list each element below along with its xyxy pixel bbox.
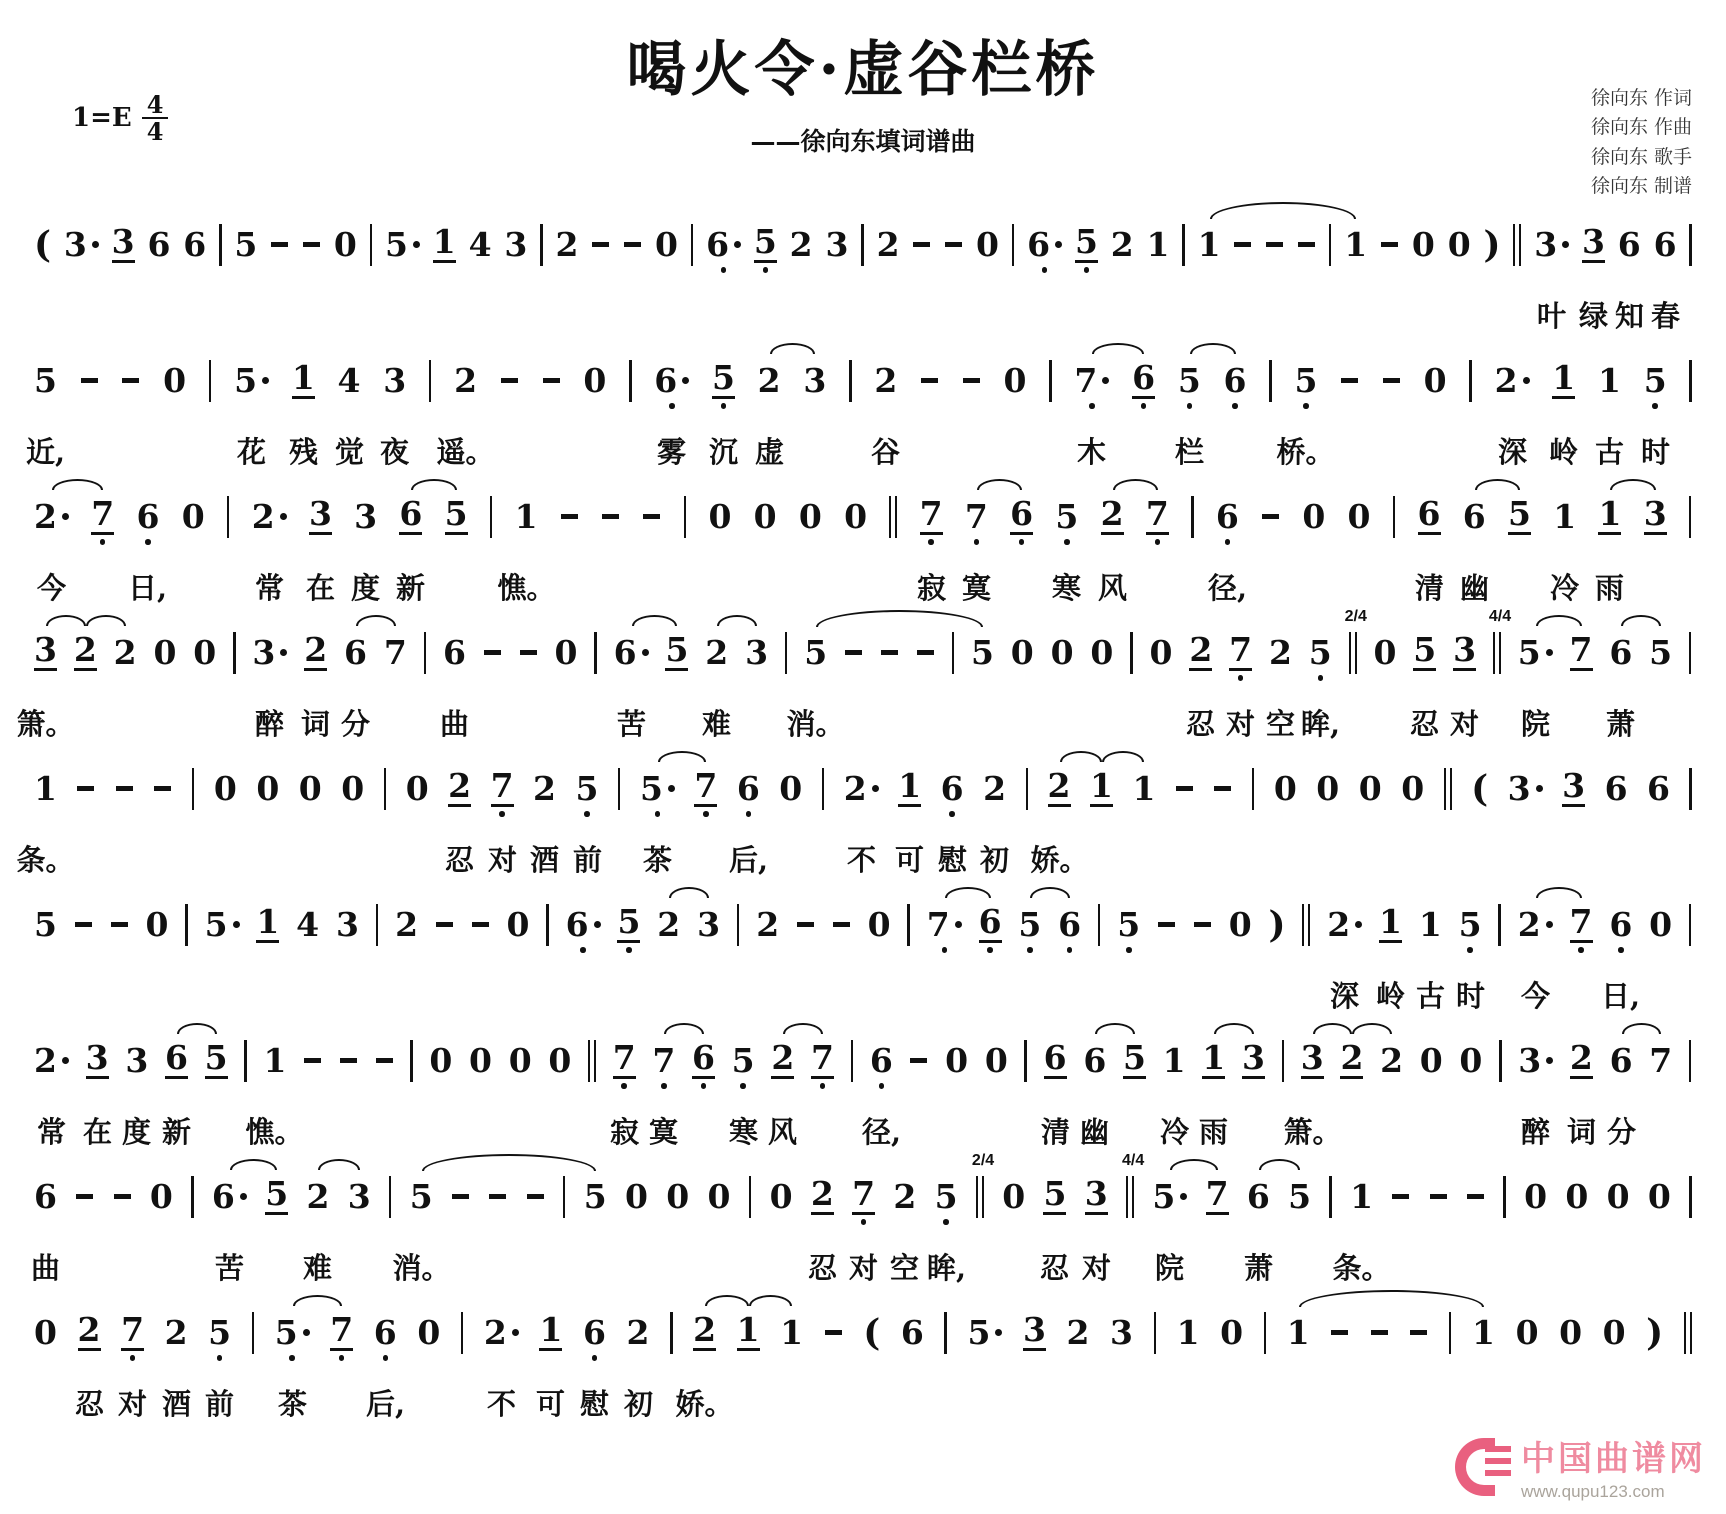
note: 6: [1610, 1040, 1633, 1096]
lyric-syllable: 忍: [1040, 1246, 1069, 1287]
rest-note: 0: [1412, 224, 1435, 280]
lyric-syllable: 雨: [1199, 1110, 1228, 1151]
lyric-syllable: 常: [37, 1110, 66, 1151]
barline: [749, 1176, 752, 1218]
duration-dash: [270, 224, 289, 280]
barline: [185, 904, 188, 946]
lyric-syllable: 分: [341, 702, 370, 743]
double-barline: [1684, 1312, 1692, 1354]
site-logo: 中国曲谱网 www.qupu123.com: [1455, 1431, 1706, 1502]
note: 3: [1242, 1040, 1265, 1096]
note: 6: [614, 632, 649, 688]
note: 2: [74, 632, 97, 688]
barline: [1264, 1312, 1267, 1354]
barline: [684, 496, 687, 538]
rest-note: 0: [1220, 1312, 1243, 1368]
rest-note: 0: [150, 1176, 173, 1232]
barline: [1689, 768, 1692, 810]
duration-dash: [824, 1312, 843, 1368]
barline: [219, 224, 222, 266]
barline: [252, 1312, 255, 1354]
rest-note: 0: [799, 496, 822, 552]
note: 5: [208, 1312, 231, 1368]
note: 7: [1649, 1040, 1672, 1096]
duration-dash: [623, 224, 642, 280]
lyric-syllable: 对: [1082, 1246, 1111, 1287]
rest-note: 0: [341, 768, 364, 824]
duration-dash: [471, 904, 490, 960]
parenthesis: (: [863, 1312, 880, 1354]
note: 3: [125, 1040, 148, 1096]
note: 3: [1023, 1312, 1046, 1368]
note: 2: [1101, 496, 1124, 552]
lyric-syllable: 忍: [1410, 702, 1439, 743]
rest-note: 0: [1559, 1312, 1582, 1368]
sheet-music-page: { "header": { "title": "喝火令·虚谷栏桥", "subt…: [0, 0, 1726, 1514]
note: 3: [64, 224, 99, 280]
note: 5: [1309, 632, 1332, 688]
lyric-syllable: 憔。: [245, 1110, 303, 1151]
rest-note: 0: [985, 1040, 1008, 1096]
duration-dash: [451, 1176, 470, 1232]
note: 3: [34, 632, 57, 688]
lyric-syllable: 憔。: [497, 566, 555, 607]
barline: [1498, 904, 1501, 946]
note: 5: [665, 632, 688, 688]
lyric-syllable: 径,: [1208, 566, 1247, 607]
barline: [546, 904, 549, 946]
slur-arc: [1190, 343, 1236, 354]
note: 1: [898, 768, 921, 824]
note: 6: [344, 632, 367, 688]
note: 5: [205, 904, 240, 960]
slur-arc: [1102, 751, 1144, 762]
rest-note: 0: [625, 1176, 648, 1232]
note: 7: [121, 1312, 144, 1368]
rest-note: 0: [1401, 768, 1424, 824]
note: 1: [256, 904, 279, 960]
lyric-syllable: 空: [890, 1246, 919, 1287]
meter-numerator: 4: [142, 92, 169, 119]
rest-note: 0: [145, 904, 168, 960]
rest-note: 0: [1051, 632, 1074, 688]
rest-note: 0: [1524, 1176, 1547, 1232]
note: 6: [941, 768, 964, 824]
note: 2: [983, 768, 1006, 824]
barline: [563, 1176, 566, 1218]
barline: [861, 224, 864, 266]
duration-dash: [302, 224, 321, 280]
duration-dash: [1265, 224, 1284, 280]
duration-dash: [1429, 1176, 1448, 1232]
note: 6: [136, 496, 159, 552]
note: 7: [965, 496, 988, 552]
lyric-syllable: 空: [1266, 702, 1295, 743]
note: 4: [469, 224, 492, 280]
barline: [1154, 1312, 1157, 1354]
note: 3: [348, 1176, 371, 1232]
rest-note: 0: [708, 496, 731, 552]
parenthesis: ): [1269, 904, 1286, 946]
slur-arc: [293, 1295, 342, 1306]
note: 2: [877, 224, 900, 280]
lyric-syllable: 忍: [1186, 702, 1215, 743]
duration-dash: [110, 904, 129, 960]
page-title: 喝火令·虚谷栏桥: [0, 0, 1726, 108]
note: 6: [1247, 1176, 1270, 1232]
music-system: (33665051432065232065211100)3366叶绿知春: [34, 198, 1692, 334]
double-barline: [1513, 224, 1521, 266]
note: 7: [1570, 632, 1593, 688]
note: 2: [844, 768, 879, 824]
barline: [1252, 768, 1255, 810]
lyrics-row: 条。忍对酒前茶后,不可慰初娇。: [34, 832, 1692, 880]
duration-dash: [115, 768, 134, 824]
slur-arc: [1313, 1023, 1352, 1034]
note: 6: [443, 632, 466, 688]
slur-arc: [945, 887, 991, 898]
slur-arc: [1299, 1290, 1484, 1307]
barline: [1689, 360, 1692, 402]
note: 5: [1288, 1176, 1311, 1232]
note: 2: [627, 1312, 650, 1368]
meter-change: 2/4: [972, 1152, 994, 1170]
duration-dash: [920, 360, 939, 416]
rest-note: 0: [417, 1312, 440, 1368]
note: 3: [252, 632, 287, 688]
note: 7: [330, 1312, 353, 1368]
note: 7: [652, 1040, 675, 1096]
note: 2: [448, 768, 471, 824]
lyric-syllable: 不: [847, 838, 876, 879]
credit-singer: 徐向东歌手: [1585, 143, 1692, 172]
note: 6: [183, 224, 206, 280]
lyric-syllable: 时: [1456, 974, 1485, 1015]
rest-note: 0: [1274, 768, 1297, 824]
barline: [1130, 632, 1133, 674]
note: 5: [1644, 360, 1667, 416]
rest-note: 0: [1607, 1176, 1630, 1232]
barline: [737, 904, 740, 946]
rest-note: 0: [868, 904, 891, 960]
barline: [670, 1312, 673, 1354]
barline: [1269, 360, 1272, 402]
note: 2: [1048, 768, 1071, 824]
rest-note: 0: [754, 496, 777, 552]
double-barline: [889, 496, 897, 538]
lyric-syllable: 苦: [215, 1246, 244, 1287]
slur-arc: [1536, 887, 1582, 898]
note: 2: [657, 904, 680, 960]
lyric-syllable: 遥。: [436, 430, 494, 471]
rest-note: 0: [770, 1176, 793, 1232]
note: 2: [484, 1312, 519, 1368]
double-barline: [588, 1040, 596, 1082]
time-signature: 4 4: [142, 92, 169, 144]
note: 3: [309, 496, 332, 552]
note: 3: [1518, 1040, 1553, 1096]
note: 3: [1085, 1176, 1108, 1232]
slur-arc: [1030, 887, 1070, 898]
rest-note: 0: [1011, 632, 1034, 688]
note: 1: [1419, 904, 1442, 960]
note: 1: [515, 496, 538, 552]
note: 1: [1287, 1312, 1310, 1368]
note: 3: [825, 224, 848, 280]
slur-arc: [422, 1154, 596, 1171]
lyric-syllable: 深: [1498, 430, 1527, 471]
lyric-syllable: 在: [306, 566, 335, 607]
lyric-syllable: 风: [768, 1110, 797, 1151]
note: 6: [1216, 496, 1239, 552]
barline: [429, 360, 432, 402]
lyric-syllable: 日,: [128, 566, 167, 607]
lyric-syllable: 箫。: [16, 702, 74, 743]
note: 2: [756, 904, 779, 960]
note: 3: [1534, 224, 1569, 280]
rest-note: 0: [583, 360, 606, 416]
lyric-syllable: 在: [83, 1110, 112, 1151]
lyric-syllable: 茶: [643, 838, 672, 879]
barline: [1012, 224, 1015, 266]
parenthesis: ): [1484, 224, 1501, 266]
lyric-syllable: 娇。: [675, 1382, 733, 1423]
score: (33665051432065232065211100)3366叶绿知春5051…: [0, 198, 1726, 1422]
lyric-syllable: 寂: [610, 1110, 639, 1151]
note: 2: [1067, 1312, 1090, 1368]
note: 6: [737, 768, 760, 824]
duration-dash: [1213, 768, 1232, 824]
note: 2: [693, 1312, 716, 1368]
note: 3: [1110, 1312, 1133, 1368]
note: 5: [971, 632, 994, 688]
barline: [1098, 904, 1101, 946]
note: 6: [870, 1040, 893, 1096]
note: 2: [705, 632, 728, 688]
duration-dash: [483, 632, 502, 688]
note: 6: [901, 1312, 924, 1368]
note: 5: [1649, 632, 1672, 688]
barline: [384, 768, 387, 810]
lyric-syllable: 忍: [445, 838, 474, 879]
rest-note: 0: [1373, 632, 1396, 688]
lyric-syllable: 清: [1415, 566, 1444, 607]
barline: [192, 768, 195, 810]
lyric-syllable: 残: [289, 430, 318, 471]
note: 6: [979, 904, 1002, 960]
note: 2: [114, 632, 137, 688]
lyrics-row: 忍对酒前茶后,不可慰初娇。: [34, 1376, 1692, 1424]
lyric-syllable: 寒: [1052, 566, 1081, 607]
lyric-syllable: 寞: [649, 1110, 678, 1151]
slur-arc: [1475, 479, 1520, 490]
slur-arc: [783, 1023, 823, 1034]
barline: [244, 1040, 247, 1082]
lyric-syllable: 近,: [26, 430, 65, 471]
double-barline: 4/4: [1493, 632, 1501, 674]
note: 5: [967, 1312, 1002, 1368]
note: 3: [1562, 768, 1585, 824]
lyric-syllable: 初: [624, 1382, 653, 1423]
barline: [907, 904, 910, 946]
slur-arc: [356, 615, 396, 626]
note: 1: [1147, 224, 1170, 280]
lyrics-row: 今日,常在度新憔。寂寞寒风径,清幽冷雨: [34, 560, 1692, 608]
note: 6: [1609, 904, 1632, 960]
note: 3: [745, 632, 768, 688]
note: 6: [566, 904, 601, 960]
note: 2: [395, 904, 418, 960]
header: 喝火令·虚谷栏桥 ——徐向东填词谱曲 1=E 4 4 徐向东作词 徐向东作曲 徐…: [0, 0, 1726, 198]
note: 3: [697, 904, 720, 960]
slur-arc: [52, 479, 103, 490]
lyric-syllable: 不: [487, 1382, 516, 1423]
rest-note: 0: [507, 904, 530, 960]
note: 6: [1418, 496, 1441, 552]
lyric-syllable: 度: [351, 566, 380, 607]
music-system: 2336510000776527600665113322003267常在度新憔。…: [34, 1014, 1692, 1150]
barline: [209, 360, 212, 402]
note: 5: [804, 632, 827, 688]
duration-dash: [488, 1176, 507, 1232]
lyric-syllable: 寞: [962, 566, 991, 607]
lyric-syllable: 消。: [786, 702, 844, 743]
note: 2: [1570, 1040, 1593, 1096]
lyric-syllable: 冷: [1550, 566, 1579, 607]
lyric-syllable: 岭: [1376, 974, 1405, 1015]
note: 3: [1453, 632, 1476, 688]
note: 2: [165, 1312, 188, 1368]
rest-note: 0: [509, 1040, 532, 1096]
lyric-syllable: 初: [980, 838, 1009, 879]
duration-dash: [519, 632, 538, 688]
slur-arc: [1622, 1023, 1661, 1034]
note: 7: [920, 496, 943, 552]
duration-dash: [75, 1176, 94, 1232]
lyric-syllable: 难: [303, 1246, 332, 1287]
note: 1: [292, 360, 315, 416]
slur-arc: [816, 610, 983, 627]
note: 2: [34, 496, 69, 552]
lyric-syllable: 眸,: [1301, 702, 1340, 743]
note: 3: [112, 224, 135, 280]
note: 5: [1117, 904, 1140, 960]
slur-arc: [1610, 479, 1656, 490]
lyric-syllable: 醉: [1521, 1110, 1550, 1151]
slur-arc: [770, 343, 815, 354]
barline: [822, 768, 825, 810]
lyric-syllable: 条。: [16, 838, 74, 879]
note: 6: [583, 1312, 606, 1368]
lyric-syllable: 苦: [617, 702, 646, 743]
lyric-syllable: 古: [1416, 974, 1445, 1015]
lyric-syllable: 箫。: [1283, 1110, 1341, 1151]
note: 1: [263, 1040, 286, 1096]
barline: [1329, 1176, 1332, 1218]
note: 6: [399, 496, 422, 552]
note: 5: [732, 1040, 755, 1096]
music-system: 1000002725576021622110000(3366条。忍对酒前茶后,不…: [34, 742, 1692, 878]
note: 2: [252, 496, 287, 552]
note: 1: [1472, 1312, 1495, 1368]
duration-dash: [1193, 904, 1212, 960]
note: 7: [384, 632, 407, 688]
note: 5: [1413, 632, 1436, 688]
lyric-syllable: 对: [1450, 702, 1479, 743]
lyric-syllable: 沉: [709, 430, 738, 471]
note: 4: [338, 360, 361, 416]
barline: [540, 224, 543, 266]
subtitle: ——徐向东填词谱曲: [0, 122, 1726, 158]
lyric-syllable: 叶: [1537, 294, 1566, 335]
duration-dash: [796, 904, 815, 960]
lyric-syllable: 对: [849, 1246, 878, 1287]
note: 5: [205, 1040, 228, 1096]
note: 6: [1605, 768, 1628, 824]
parenthesis: (: [1471, 768, 1488, 810]
note: 5: [34, 904, 57, 960]
lyric-syllable: 可: [895, 838, 924, 879]
duration-dash: [962, 360, 981, 416]
note: 7: [91, 496, 114, 552]
rest-note: 0: [555, 632, 578, 688]
lyric-syllable: 忍: [808, 1246, 837, 1287]
lyric-syllable: 可: [536, 1382, 565, 1423]
note: 6: [1654, 224, 1677, 280]
note: 1: [1553, 496, 1576, 552]
lyrics-row: 叶绿知春: [34, 288, 1692, 336]
rest-note: 0: [193, 632, 216, 688]
barline: [594, 632, 597, 674]
duration-dash: [303, 1040, 322, 1096]
lyric-syllable: 后,: [366, 1382, 405, 1423]
note: 7: [1146, 496, 1169, 552]
duration-dash: [76, 768, 95, 824]
music-system: 50514320652320765650)21152760深岭古时今日,: [34, 878, 1692, 1014]
note: 5: [410, 1176, 433, 1232]
note: 3: [504, 224, 527, 280]
note: 2: [533, 768, 556, 824]
note: 1: [1163, 1040, 1186, 1096]
note: 6: [165, 1040, 188, 1096]
barline: [370, 224, 373, 266]
double-barline: [1444, 768, 1452, 810]
barline: [424, 632, 427, 674]
meter-change: 4/4: [1489, 608, 1511, 626]
slur-arc: [1095, 1023, 1135, 1034]
note: 3: [383, 360, 406, 416]
note: 3: [803, 360, 826, 416]
note: 7: [1206, 1176, 1229, 1232]
note: 1: [1598, 496, 1621, 552]
lyric-syllable: 寒: [729, 1110, 758, 1151]
lyric-syllable: 对: [1226, 702, 1255, 743]
rest-note: 0: [406, 768, 429, 824]
duration-dash: [1233, 224, 1252, 280]
lyric-syllable: 桥。: [1276, 430, 1334, 471]
barline: [1689, 1040, 1692, 1082]
lyric-syllable: 慰: [580, 1382, 609, 1423]
slur-arc: [658, 751, 706, 762]
barline: [849, 360, 852, 402]
note: 1: [1202, 1040, 1225, 1096]
site-url: www.qupu123.com: [1521, 1482, 1665, 1502]
credit-lyricist: 徐向东作词: [1585, 84, 1692, 113]
note: 2: [555, 224, 578, 280]
lyric-syllable: 径,: [862, 1110, 901, 1151]
double-barline: [1302, 904, 1310, 946]
rest-note: 0: [1150, 632, 1173, 688]
